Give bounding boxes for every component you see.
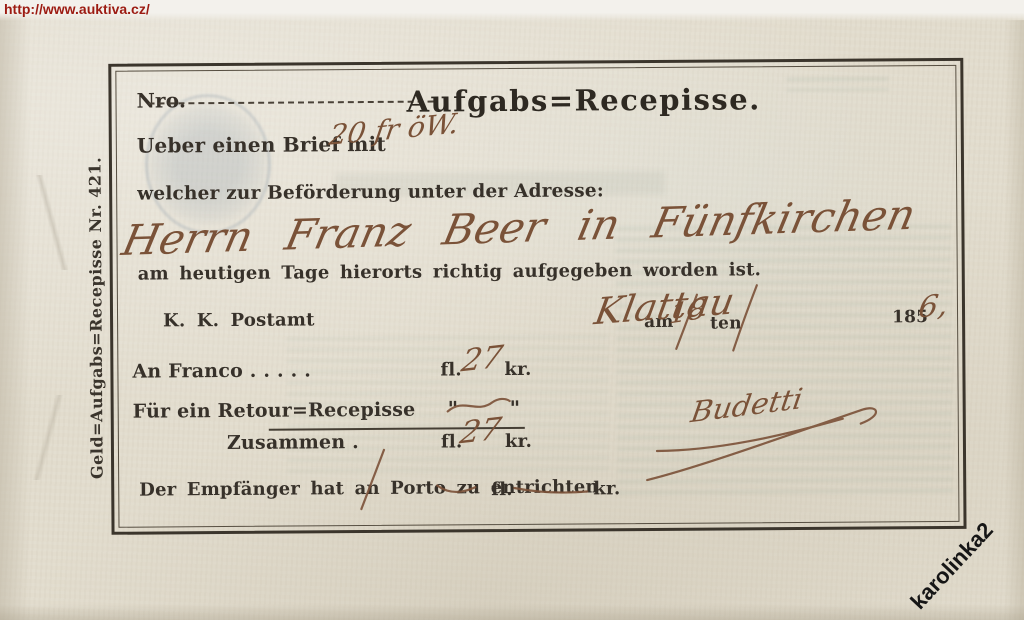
- receipt-document: Geld=Aufgabs=Recepisse Nr. 421. Nro. Auf…: [0, 0, 1024, 620]
- source-url-text: http://www.auktiva.cz/: [4, 1, 150, 17]
- retour-ditto-left: ": [448, 396, 459, 420]
- retour-label: Für ein Retour=Recepisse: [133, 399, 416, 423]
- porto-label: Der Empfänger hat an Porto zu entrichten: [139, 476, 599, 500]
- postamt-label: K. K. Postamt: [163, 309, 315, 331]
- date-day-handwriting: 18: [667, 292, 708, 330]
- franco-kr-label: kr.: [504, 359, 531, 380]
- date-year-handwriting: 6,: [916, 288, 950, 326]
- zusammen-label: Zusammen .: [227, 431, 359, 454]
- confirmation-line: am heutigen Tage hierorts richtig aufgeg…: [138, 259, 761, 284]
- nro-label: Nro.: [136, 88, 186, 112]
- porto-fl-label: fl.: [491, 479, 513, 500]
- zusammen-kr-label: kr.: [505, 431, 532, 452]
- zusammen-amount-handwriting: 27: [457, 411, 504, 451]
- scanned-receipt-photo: Geld=Aufgabs=Recepisse Nr. 421. Nro. Auf…: [0, 0, 1024, 620]
- address-intro-line: welcher zur Beförderung unter der Adress…: [137, 180, 604, 204]
- receipt-frame: [108, 58, 966, 535]
- porto-kr-label: kr.: [593, 478, 620, 499]
- retour-ditto-right: ": [510, 396, 521, 420]
- scanner-background-strip: [0, 0, 1024, 21]
- form-series-label: Geld=Aufgabs=Recepisse Nr. 421.: [85, 157, 106, 479]
- franco-amount-handwriting: 27: [459, 339, 506, 379]
- franco-label: An Franco . . . . .: [132, 359, 311, 382]
